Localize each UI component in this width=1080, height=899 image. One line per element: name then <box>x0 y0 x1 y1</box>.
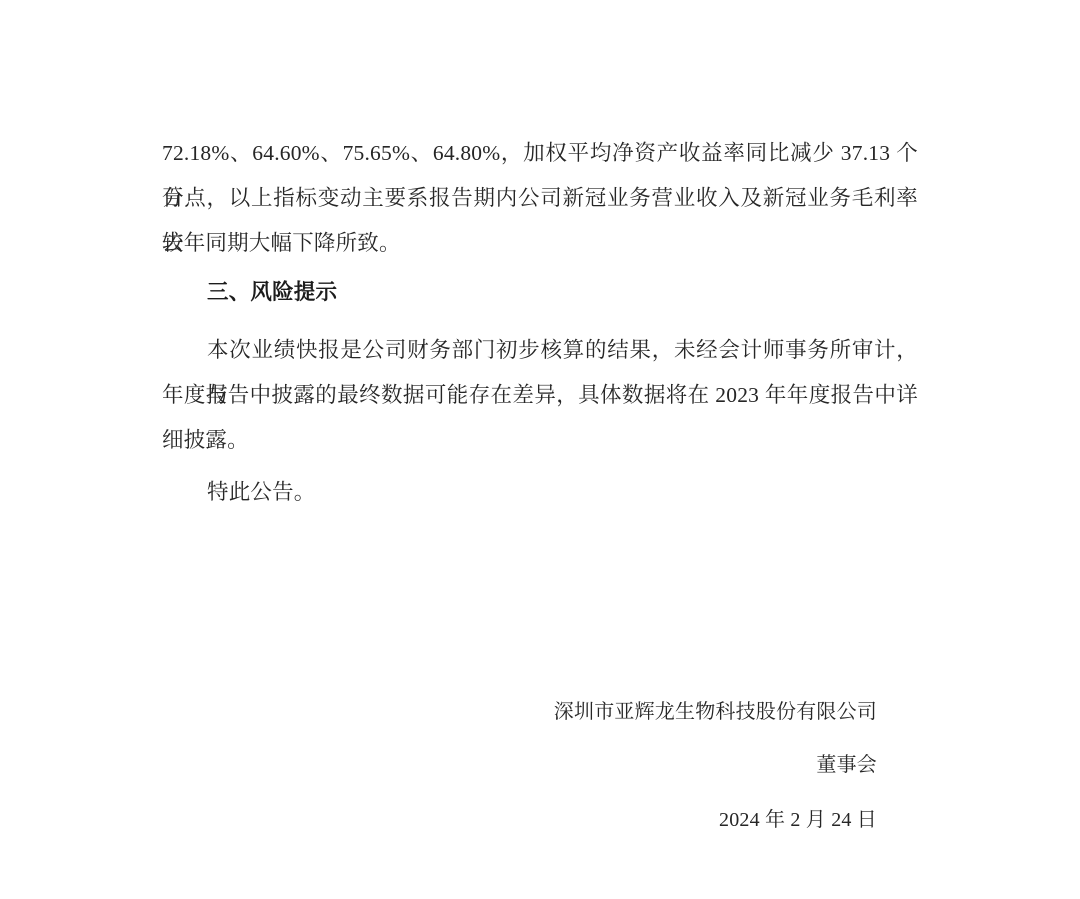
signature-board-of-directors: 董事会 <box>162 743 918 788</box>
text-column: 72.18%、64.60%、75.65%、64.80%，加权平均净资产收益率同比… <box>162 0 918 899</box>
closing-statement: 特此公告。 <box>162 470 918 515</box>
section-heading-risk-notice: 三、风险提示 <box>162 270 918 315</box>
signature-company-name: 深圳市亚辉龙生物科技股份有限公司 <box>162 690 918 735</box>
risk-paragraph-line-3: 细披露。 <box>162 418 918 463</box>
announcement-page: 72.18%、64.60%、75.65%、64.80%，加权平均净资产收益率同比… <box>0 0 1080 899</box>
continuation-paragraph-line-3: 去年同期大幅下降所致。 <box>162 221 918 266</box>
signature-date: 2024 年 2 月 24 日 <box>162 798 918 843</box>
risk-paragraph-line-2: 年度报告中披露的最终数据可能存在差异，具体数据将在 2023 年年度报告中详 <box>162 373 918 418</box>
